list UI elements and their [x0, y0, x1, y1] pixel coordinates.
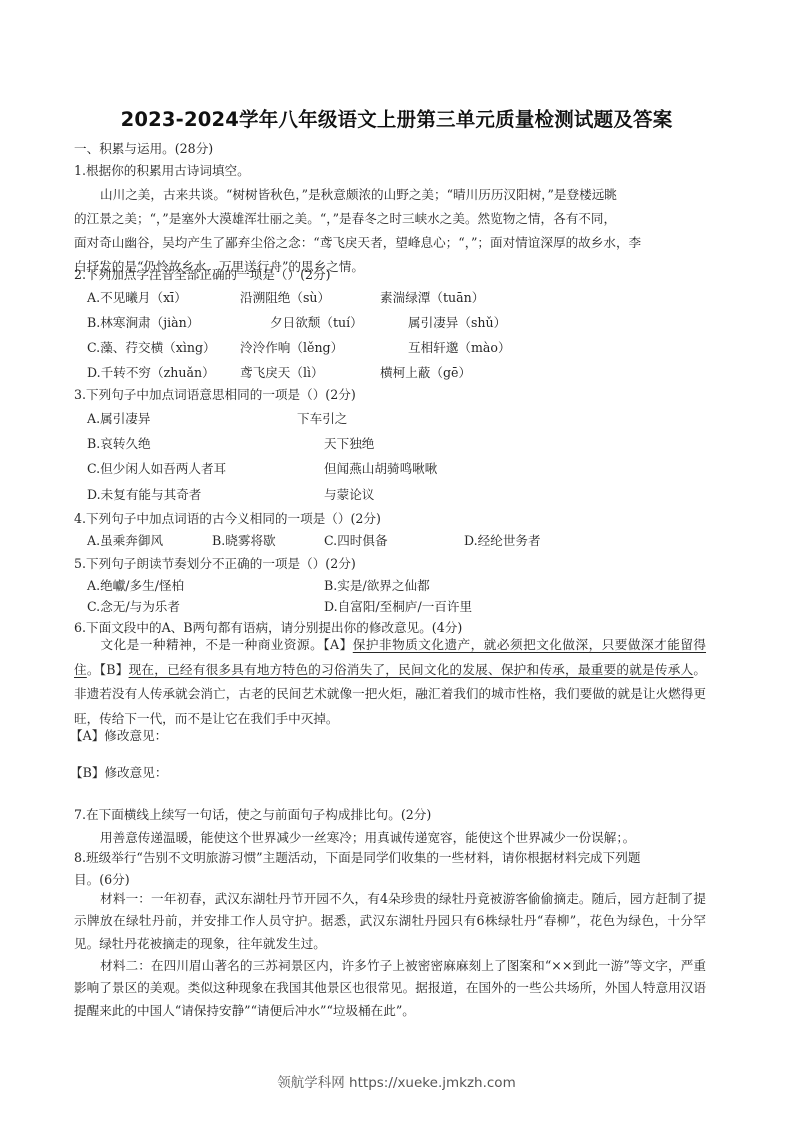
q8-material-1: 材料一：一年初春，武汉东湖牡丹节开园不久，有4朵珍贵的绿牡丹竟被游客偷偷摘走。随… [74, 888, 706, 955]
q2-option: 夕日欲颓（tuí） [270, 314, 363, 331]
q1-passage-line: 的江景之美；“，”是塞外大漠雄浑壮丽之美。“，”是春冬之时三峡水之美。然览物之情… [74, 210, 616, 227]
q2-option: C.藻、荇交横（xìng） [87, 339, 216, 356]
q4-option: D.经纶世务者 [464, 532, 541, 549]
q7-stem: 7.在下面横线上续写一句话，使之与前面句子构成排比句。(2分) [74, 806, 431, 823]
q3-option: A.属引凄异 [87, 410, 150, 427]
q2-option: 沿溯阻绝（sù） [240, 289, 330, 306]
sentence-b-tag: 。【B】 [87, 662, 129, 677]
q8-material-2: 材料二：在四川眉山著名的三苏祠景区内，许多竹子上被密密麻麻刻上了图案和“××到此… [74, 955, 706, 1022]
q3-option: 天下独绝 [324, 435, 374, 452]
q3-option: D.未复有能与其奇者 [87, 486, 201, 503]
q2-option: 互相轩邈（mào） [408, 339, 511, 356]
q3-option: C.但少闲人如吾两人者耳 [87, 460, 226, 477]
q1-passage-line: 山川之美，古来共谈。“树树皆秋色，”是秋意颇浓的山野之美；“晴川历历汉阳树，”是… [100, 186, 617, 203]
answer-b-label: 【B】修改意见： [70, 764, 167, 781]
q2-option: 泠泠作响（lěng） [240, 339, 343, 356]
q8-stem: 目。(6分) [74, 871, 130, 888]
q2-option: B.林寒涧肃（jiàn） [87, 314, 199, 331]
q5-option: C.念无/与为乐者 [87, 598, 180, 615]
answer-a-label: 【A】修改意见： [70, 727, 167, 744]
q3-option: B.哀转久绝 [87, 435, 151, 452]
q1-stem: 1.根据你的积累用古诗词填空。 [74, 162, 250, 179]
document-title: 2023-2024学年八年级语文上册第三单元质量检测试题及答案 [0, 104, 793, 132]
material-1-text: 材料一：一年初春，武汉东湖牡丹节开园不久，有4朵珍贵的绿牡丹竟被游客偷偷摘走。随… [74, 891, 706, 951]
q4-option: B.晓雾将歇 [212, 532, 276, 549]
material-2-text: 材料二：在四川眉山著名的三苏祠景区内，许多竹子上被密密麻麻刻上了图案和“××到此… [74, 958, 706, 1018]
q2-option: 素湍绿潭（tuān） [380, 289, 484, 306]
q4-option: C.四时俱备 [324, 532, 388, 549]
q2-option: D.千转不穷（zhuǎn） [87, 364, 215, 381]
q5-option: D.自富阳/至桐庐/一百许里 [324, 598, 472, 615]
q4-option: A.虽乘奔御风 [87, 532, 163, 549]
q2-stem: 2.下列加点字注音全部正确的一项是（）(2分) [74, 266, 331, 283]
q5-stem: 5.下列句子朗读节奏划分不正确的一项是（）(2分) [74, 555, 356, 572]
q5-option: A.绝巘/多生/怪柏 [87, 577, 184, 594]
watermark-footer: 领航学科网 https://xueke.jmkzh.com [0, 1071, 793, 1091]
q8-stem: 8.班级举行“告别不文明旅游习惯”主题活动，下面是同学们收集的一些材料，请你根据… [74, 849, 640, 866]
q3-option: 与蒙论议 [324, 486, 374, 503]
q4-stem: 4.下列句子中加点词语的古今义相同的一项是（）(2分) [74, 510, 381, 527]
q5-option: B.实是/欲界之仙都 [324, 577, 430, 594]
q6-intro: 文化是一种精神，不是一种商业资源。 [100, 637, 323, 652]
q2-option: A.不见曦月（xī） [87, 289, 187, 306]
q2-option: 鸢飞戾天（lì） [240, 364, 324, 381]
q2-option: 横柯上蔽（gē） [380, 364, 471, 381]
q2-option: 属引凄异（shǔ） [408, 314, 506, 331]
q3-stem: 3.下列句子中加点词语意思相同的一项是（）(2分) [74, 386, 356, 403]
q6-passage: 文化是一种精神，不是一种商业资源。【A】保护非物质文化遗产，就必须把文化做深，只… [74, 633, 706, 732]
q3-option: 下车引之 [297, 410, 347, 427]
exam-page: 2023-2024学年八年级语文上册第三单元质量检测试题及答案 一、积累与运用。… [0, 0, 793, 1122]
q7-text: 用善意传递温暖，能使这个世界减少一丝寒冷；用真诚传递宽容，能使这个世界减少一份误… [100, 829, 635, 846]
section-heading: 一、积累与运用。(28分) [74, 140, 213, 157]
sentence-a-tag: 【A】 [323, 637, 353, 652]
q1-passage-line: 面对奇山幽谷，吴均产生了鄙弃尘俗之念：“鸢飞戾天者，望峰息心；“，”；面对情谊深… [74, 234, 641, 251]
q3-option: 但闻燕山胡骑鸣啾啾 [324, 460, 437, 477]
sentence-b: 现在，已经有很多具有地方特色的习俗消失了，民间文化的发展、保护和传承，最重要的就… [129, 662, 694, 677]
